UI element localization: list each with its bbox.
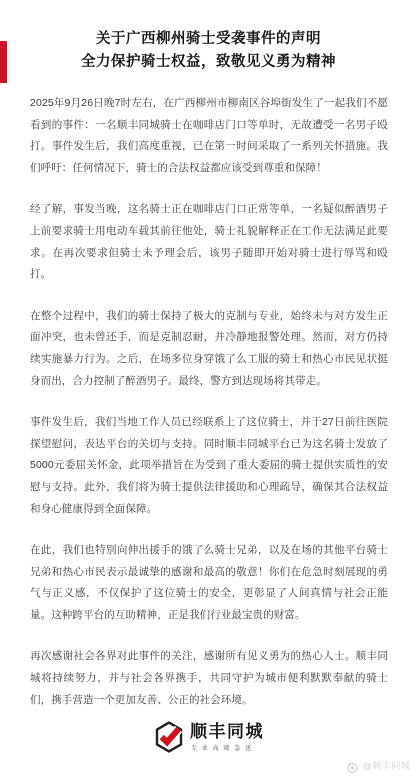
paragraph-incident-summary: 2025年9月26日晚7时左右，在广西柳州市柳南区谷埠街发生了一起我们不愿看到的… [30,93,388,180]
paragraph-thanks-helpers: 在此，我们也特别向伸出援手的饿了么骑士兄弟，以及在场的其他平台骑士兄弟和热心市民… [30,540,388,627]
statement-title-line1: 关于广西柳州骑士受袭事件的声明 [0,28,417,51]
paragraph-closing: 再次感谢社会各界对此事件的关注，感谢所有见义勇为的热心人士。顺丰同城将持续努力，… [30,646,388,711]
weibo-watermark: @顺丰同城 [345,759,410,775]
brand-name: 顺丰同城 [190,723,264,741]
statement-body: 2025年9月26日晚7时左右，在广西柳州市柳南区谷埠街发生了一起我们不愿看到的… [30,93,388,731]
watermark-text: @顺丰同城 [362,759,410,775]
weibo-camera-icon [345,760,359,774]
brand-logo: 顺丰同城 专业高端急送 [0,719,417,755]
statement-title: 关于广西柳州骑士受袭事件的声明 全力保护骑士权益，致敬见义勇为精神 [0,0,417,74]
paragraph-incident-details: 经了解，事发当晚，这名骑士正在咖啡店门口正常等单，一名疑似醉酒男子上前要求骑士用… [30,199,388,286]
red-accent-bar [0,41,7,83]
statement-page: 关于广西柳州骑士受袭事件的声明 全力保护骑士权益，致敬见义勇为精神 2025年9… [0,0,417,779]
brand-logo-text: 顺丰同城 专业高端急送 [190,723,264,752]
hexagon-check-logo-icon [153,719,185,755]
brand-tagline: 专业高端急送 [190,743,264,752]
paragraph-rider-restraint: 在整个过程中，我们的骑士保持了极大的克制与专业，始终未与对方发生正面冲突，也未曾… [30,306,388,393]
statement-title-line2: 全力保护骑士权益，致敬见义勇为精神 [0,51,417,74]
paragraph-support-measures: 事件发生后，我们当地工作人员已经联系上了这位骑士，并于27日前往医院探望慰问，表… [30,412,388,521]
